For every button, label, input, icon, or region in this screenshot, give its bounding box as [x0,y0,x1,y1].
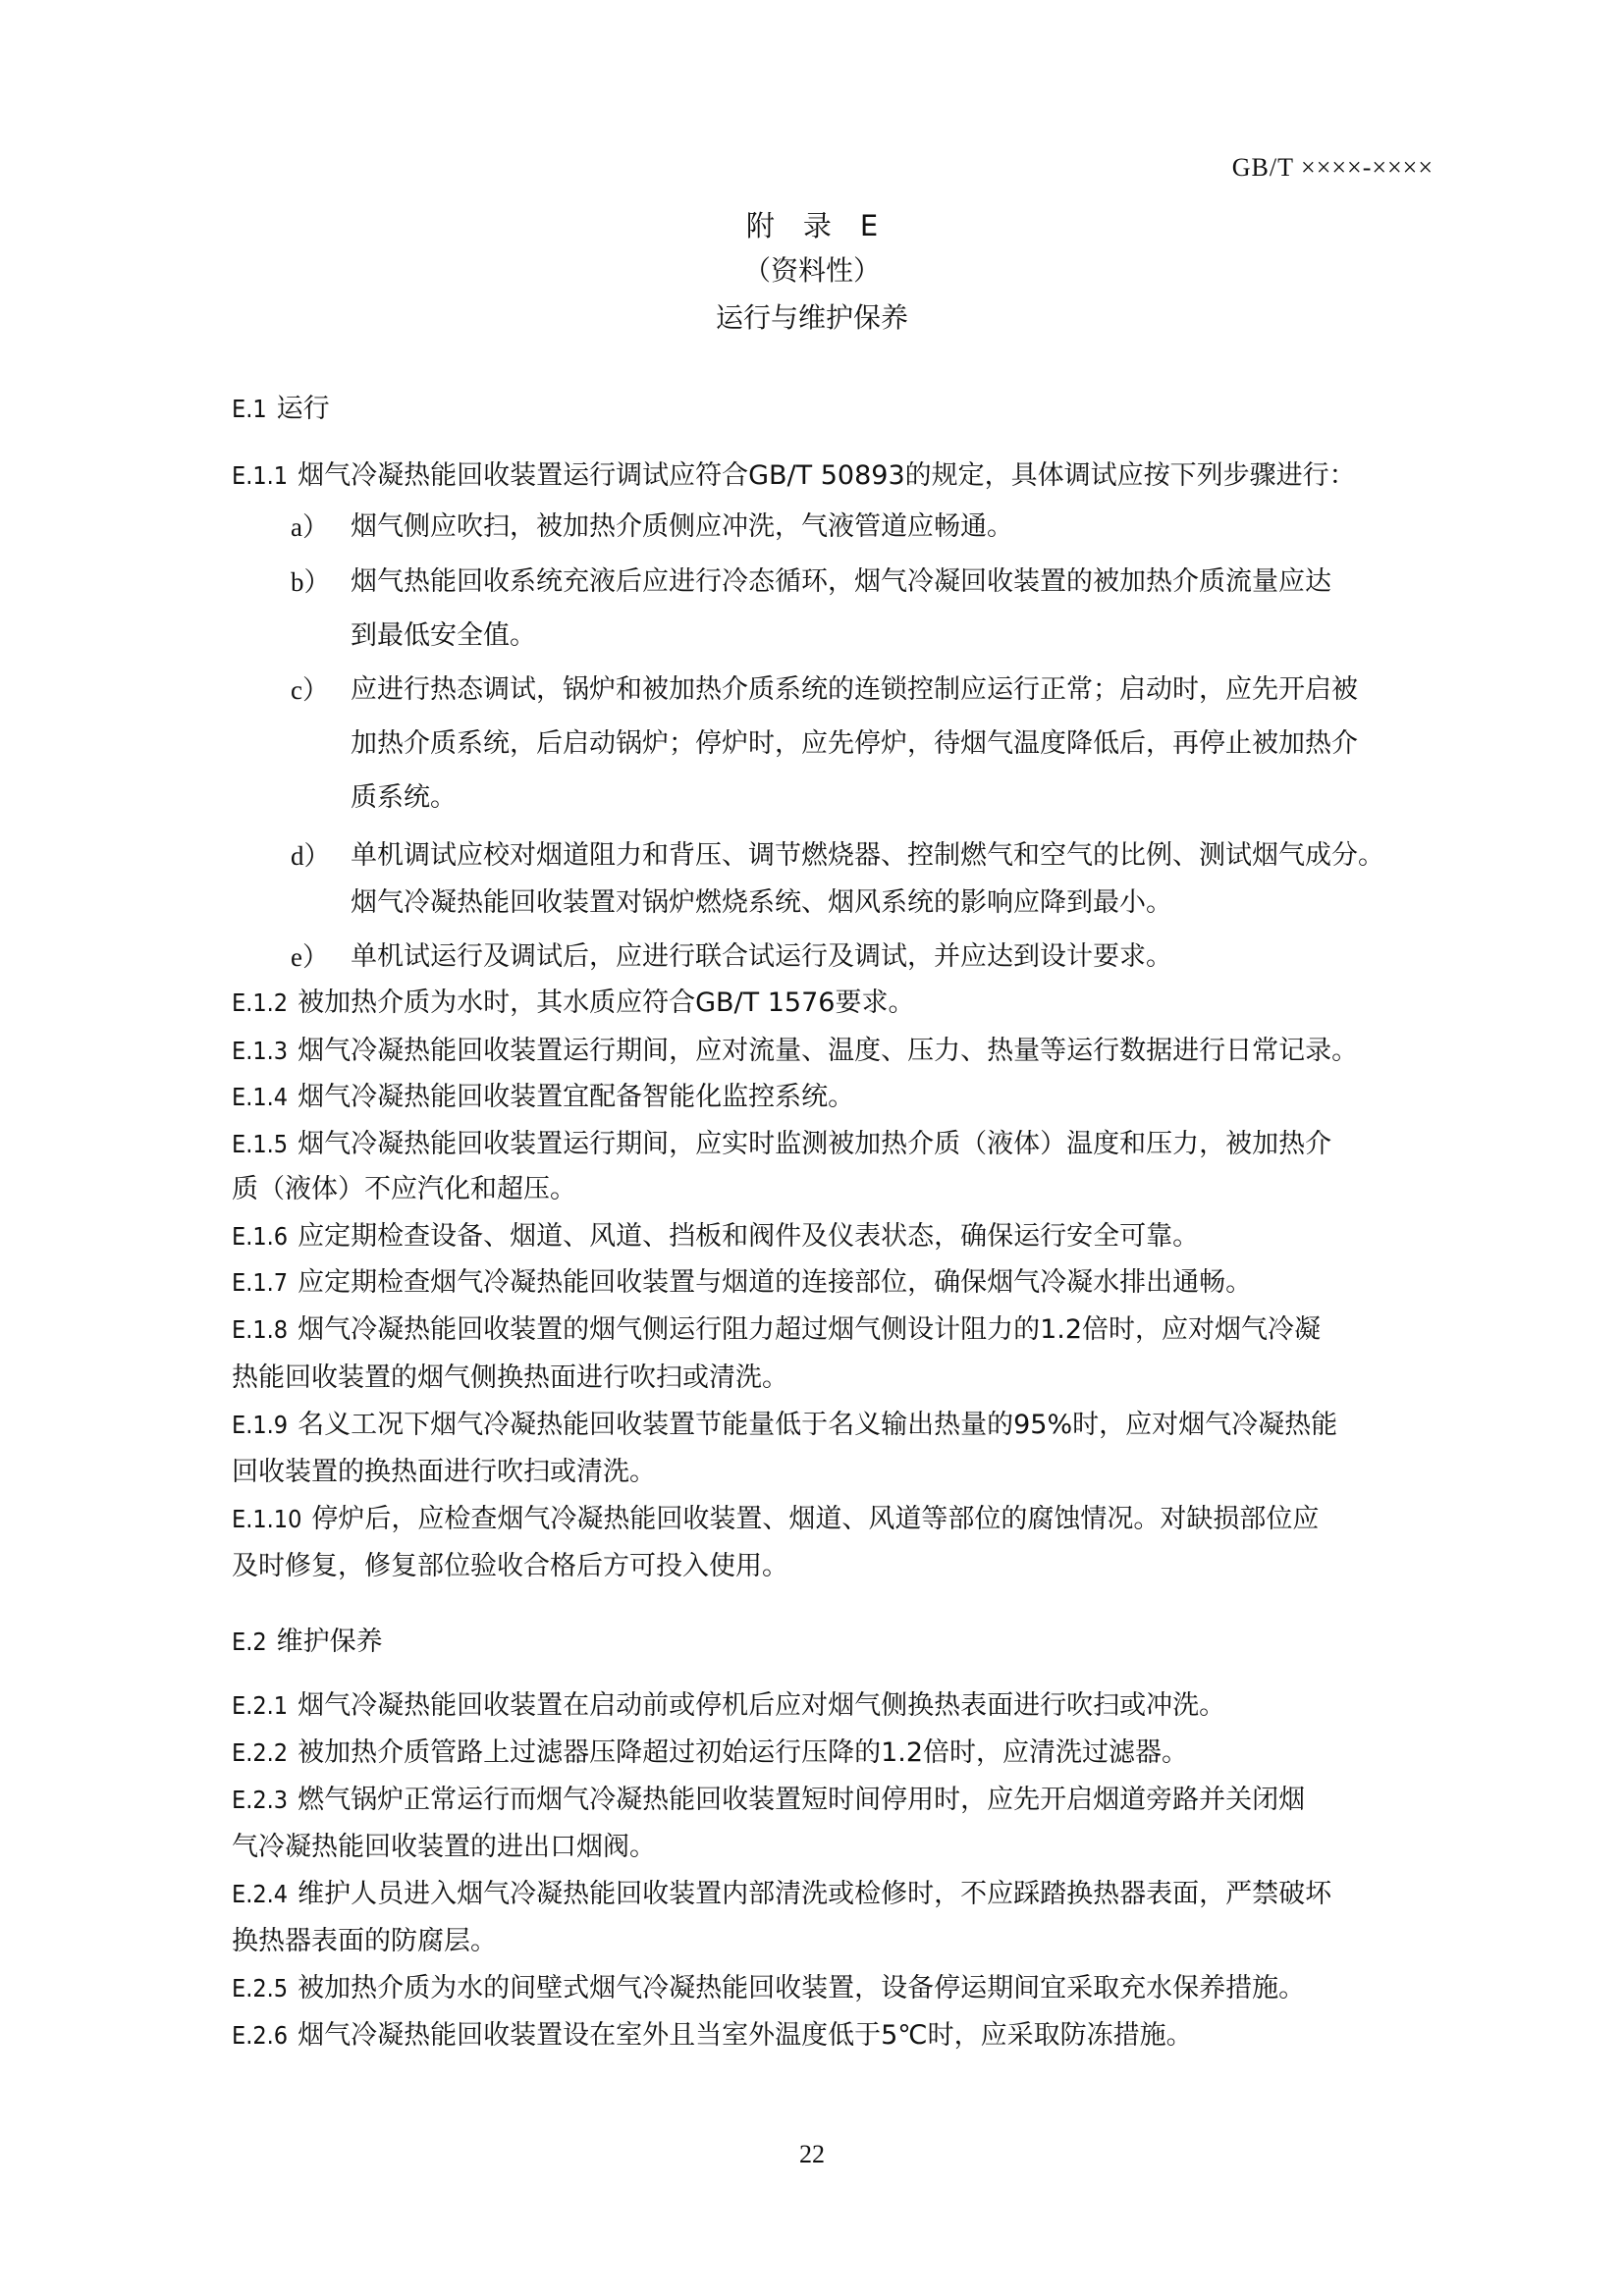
clause-e1-2: E.1.2被加热介质为水时，其水质应符合GB/T 1576要求。 [232,986,914,1021]
clause-number: E.1.4 [232,1083,288,1111]
clause-text: 应定期检查设备、烟道、风道、挡板和阀件及仪表状态，确保运行安全可靠。 [298,1221,1199,1252]
section-heading-e1: E.1运行 [232,387,330,425]
list-item-label: c） [291,672,329,708]
clause-number: E.2.5 [232,1974,288,2002]
page-number: 22 [0,2140,1624,2169]
clause-number: E.2.1 [232,1691,288,1720]
clause-e2-6: E.2.6烟气冷凝热能回收装置设在室外且当室外温度低于5℃时，应采取防冻措施。 [232,2018,1193,2054]
clause-number: E.2.2 [232,1738,288,1767]
clause-e2-4: E.2.4维护人员进入烟气冷凝热能回收装置内部清洗或检修时，不应踩踏换热器表面，… [232,1877,1331,1912]
clause-text: 名义工况下烟气冷凝热能回收装置节能量低于名义输出热量的95%时，应对烟气冷凝热能 [298,1410,1337,1440]
clause-e1-1: E.1.1烟气冷凝热能回收装置运行调试应符合GB/T 50893的规定，具体调试… [232,458,1356,494]
appendix-nature: （资料性） [0,249,1624,289]
list-item-text: 烟气热能回收系统充液后应进行冷态循环，烟气冷凝回收装置的被加热介质流量应达 [351,564,1331,600]
list-item-text: 烟气冷凝热能回收装置对锅炉燃烧系统、烟风系统的影响应降到最小。 [351,885,1172,921]
clause-e2-3: E.2.3燃气锅炉正常运行而烟气冷凝热能回收装置短时间停用时，应先开启烟道旁路并… [232,1783,1305,1818]
clause-text: 被加热介质管路上过滤器压降超过初始运行压降的1.2倍时，应清洗过滤器。 [298,1737,1188,1768]
list-item-text: 烟气侧应吹扫，被加热介质侧应冲洗，气液管道应畅通。 [351,509,1013,545]
clause-text: 烟气冷凝热能回收装置运行期间，应对流量、温度、压力、热量等运行数据进行日常记录。 [298,1036,1358,1066]
document-page: GB/T ××××-×××× 附 录 E （资料性） 运行与维护保养 E.1运行… [0,0,1624,2296]
list-item-text: 加热介质系统，后启动锅炉；停炉时，应先停炉，待烟气温度降低后，再停止被加热介 [351,726,1358,762]
section-heading-e2: E.2维护保养 [232,1620,383,1658]
clause-continuation: 及时修复，修复部位验收合格后方可投入使用。 [232,1549,788,1584]
clause-text: 烟气冷凝热能回收装置宜配备智能化监控系统。 [298,1082,854,1112]
clause-continuation: 热能回收装置的烟气侧换热面进行吹扫或清洗。 [232,1361,788,1396]
section-title: 运行 [277,394,330,424]
clause-continuation: 换热器表面的防腐层。 [232,1924,497,1959]
clause-e1-4: E.1.4烟气冷凝热能回收装置宜配备智能化监控系统。 [232,1080,854,1115]
clause-e1-6: E.1.6应定期检查设备、烟道、风道、挡板和阀件及仪表状态，确保运行安全可靠。 [232,1219,1199,1255]
clause-number: E.2.3 [232,1786,288,1814]
clause-number: E.1.1 [232,461,288,490]
clause-text: 烟气冷凝热能回收装置设在室外且当室外温度低于5℃时，应采取防冻措施。 [298,2020,1193,2051]
clause-text: 停炉后，应检查烟气冷凝热能回收装置、烟道、风道等部位的腐蚀情况。对缺损部位应 [311,1504,1319,1534]
clause-continuation: 质（液体）不应汽化和超压。 [232,1172,576,1207]
list-item-text: 单机试运行及调试后，应进行联合试运行及调试，并应达到设计要求。 [351,939,1172,975]
clause-text: 被加热介质为水时，其水质应符合GB/T 1576要求。 [298,988,914,1018]
clause-number: E.1.6 [232,1222,288,1251]
section-number: E.2 [232,1628,267,1656]
clause-number: E.2.4 [232,1880,288,1908]
standard-code-header: GB/T ××××-×××× [1232,153,1434,183]
clause-e1-3: E.1.3烟气冷凝热能回收装置运行期间，应对流量、温度、压力、热量等运行数据进行… [232,1034,1358,1069]
appendix-name: 运行与维护保养 [0,296,1624,336]
clause-e2-2: E.2.2被加热介质管路上过滤器压降超过初始运行压降的1.2倍时，应清洗过滤器。 [232,1735,1188,1771]
clause-continuation: 气冷凝热能回收装置的进出口烟阀。 [232,1830,656,1865]
clause-text: 被加热介质为水的间壁式烟气冷凝热能回收装置，设备停运期间宜采取充水保养措施。 [298,1973,1305,2003]
clause-number: E.2.6 [232,2021,288,2050]
clause-e1-7: E.1.7应定期检查烟气冷凝热能回收装置与烟道的连接部位，确保烟气冷凝水排出通畅… [232,1265,1252,1301]
clause-number: E.1.7 [232,1268,288,1297]
clause-text: 维护人员进入烟气冷凝热能回收装置内部清洗或检修时，不应踩踏换热器表面，严禁破坏 [298,1879,1331,1909]
clause-e2-1: E.2.1烟气冷凝热能回收装置在启动前或停机后应对烟气侧换热表面进行吹扫或冲洗。 [232,1688,1225,1724]
clause-text: 烟气冷凝热能回收装置运行调试应符合GB/T 50893的规定，具体调试应按下列步… [298,460,1356,491]
list-item-text: 单机调试应校对烟道阻力和背压、调节燃烧器、控制燃气和空气的比例、测试烟气成分。 [351,838,1384,874]
appendix-title: 附 录 E [0,204,1624,244]
list-item-text: 质系统。 [351,780,457,816]
clause-e1-5: E.1.5烟气冷凝热能回收装置运行期间，应实时监测被加热介质（液体）温度和压力，… [232,1127,1331,1162]
list-item-label: d） [291,838,331,874]
clause-number: E.1.9 [232,1411,288,1439]
clause-text: 燃气锅炉正常运行而烟气冷凝热能回收装置短时间停用时，应先开启烟道旁路并关闭烟 [298,1785,1305,1815]
clause-e1-9: E.1.9名义工况下烟气冷凝热能回收装置节能量低于名义输出热量的95%时，应对烟… [232,1408,1337,1443]
section-title: 维护保养 [277,1627,383,1657]
clause-number: E.1.8 [232,1315,288,1344]
clause-e1-8: E.1.8烟气冷凝热能回收装置的烟气侧运行阻力超过烟气侧设计阻力的1.2倍时，应… [232,1312,1321,1348]
clause-continuation: 回收装置的换热面进行吹扫或清洗。 [232,1455,656,1490]
clause-text: 烟气冷凝热能回收装置在启动前或停机后应对烟气侧换热表面进行吹扫或冲洗。 [298,1690,1225,1721]
clause-e2-5: E.2.5被加热介质为水的间壁式烟气冷凝热能回收装置，设备停运期间宜采取充水保养… [232,1971,1305,2006]
clause-e1-10: E.1.10停炉后，应检查烟气冷凝热能回收装置、烟道、风道等部位的腐蚀情况。对缺… [232,1502,1319,1537]
list-item-label: b） [291,564,331,600]
section-number: E.1 [232,395,267,423]
clause-text: 烟气冷凝热能回收装置运行期间，应实时监测被加热介质（液体）温度和压力，被加热介 [298,1129,1331,1159]
clause-number: E.1.5 [232,1130,288,1158]
list-item-text: 到最低安全值。 [351,618,536,654]
list-item-text: 应进行热态调试，锅炉和被加热介质系统的连锁控制应运行正常；启动时，应先开启被 [351,672,1358,708]
clause-number: E.1.3 [232,1037,288,1065]
list-item-label: a） [291,509,329,545]
clause-text: 应定期检查烟气冷凝热能回收装置与烟道的连接部位，确保烟气冷凝水排出通畅。 [298,1267,1252,1298]
list-item-label: e） [291,939,329,975]
clause-text: 烟气冷凝热能回收装置的烟气侧运行阻力超过烟气侧设计阻力的1.2倍时，应对烟气冷凝 [298,1314,1321,1345]
clause-number: E.1.10 [232,1505,301,1533]
clause-number: E.1.2 [232,988,288,1017]
